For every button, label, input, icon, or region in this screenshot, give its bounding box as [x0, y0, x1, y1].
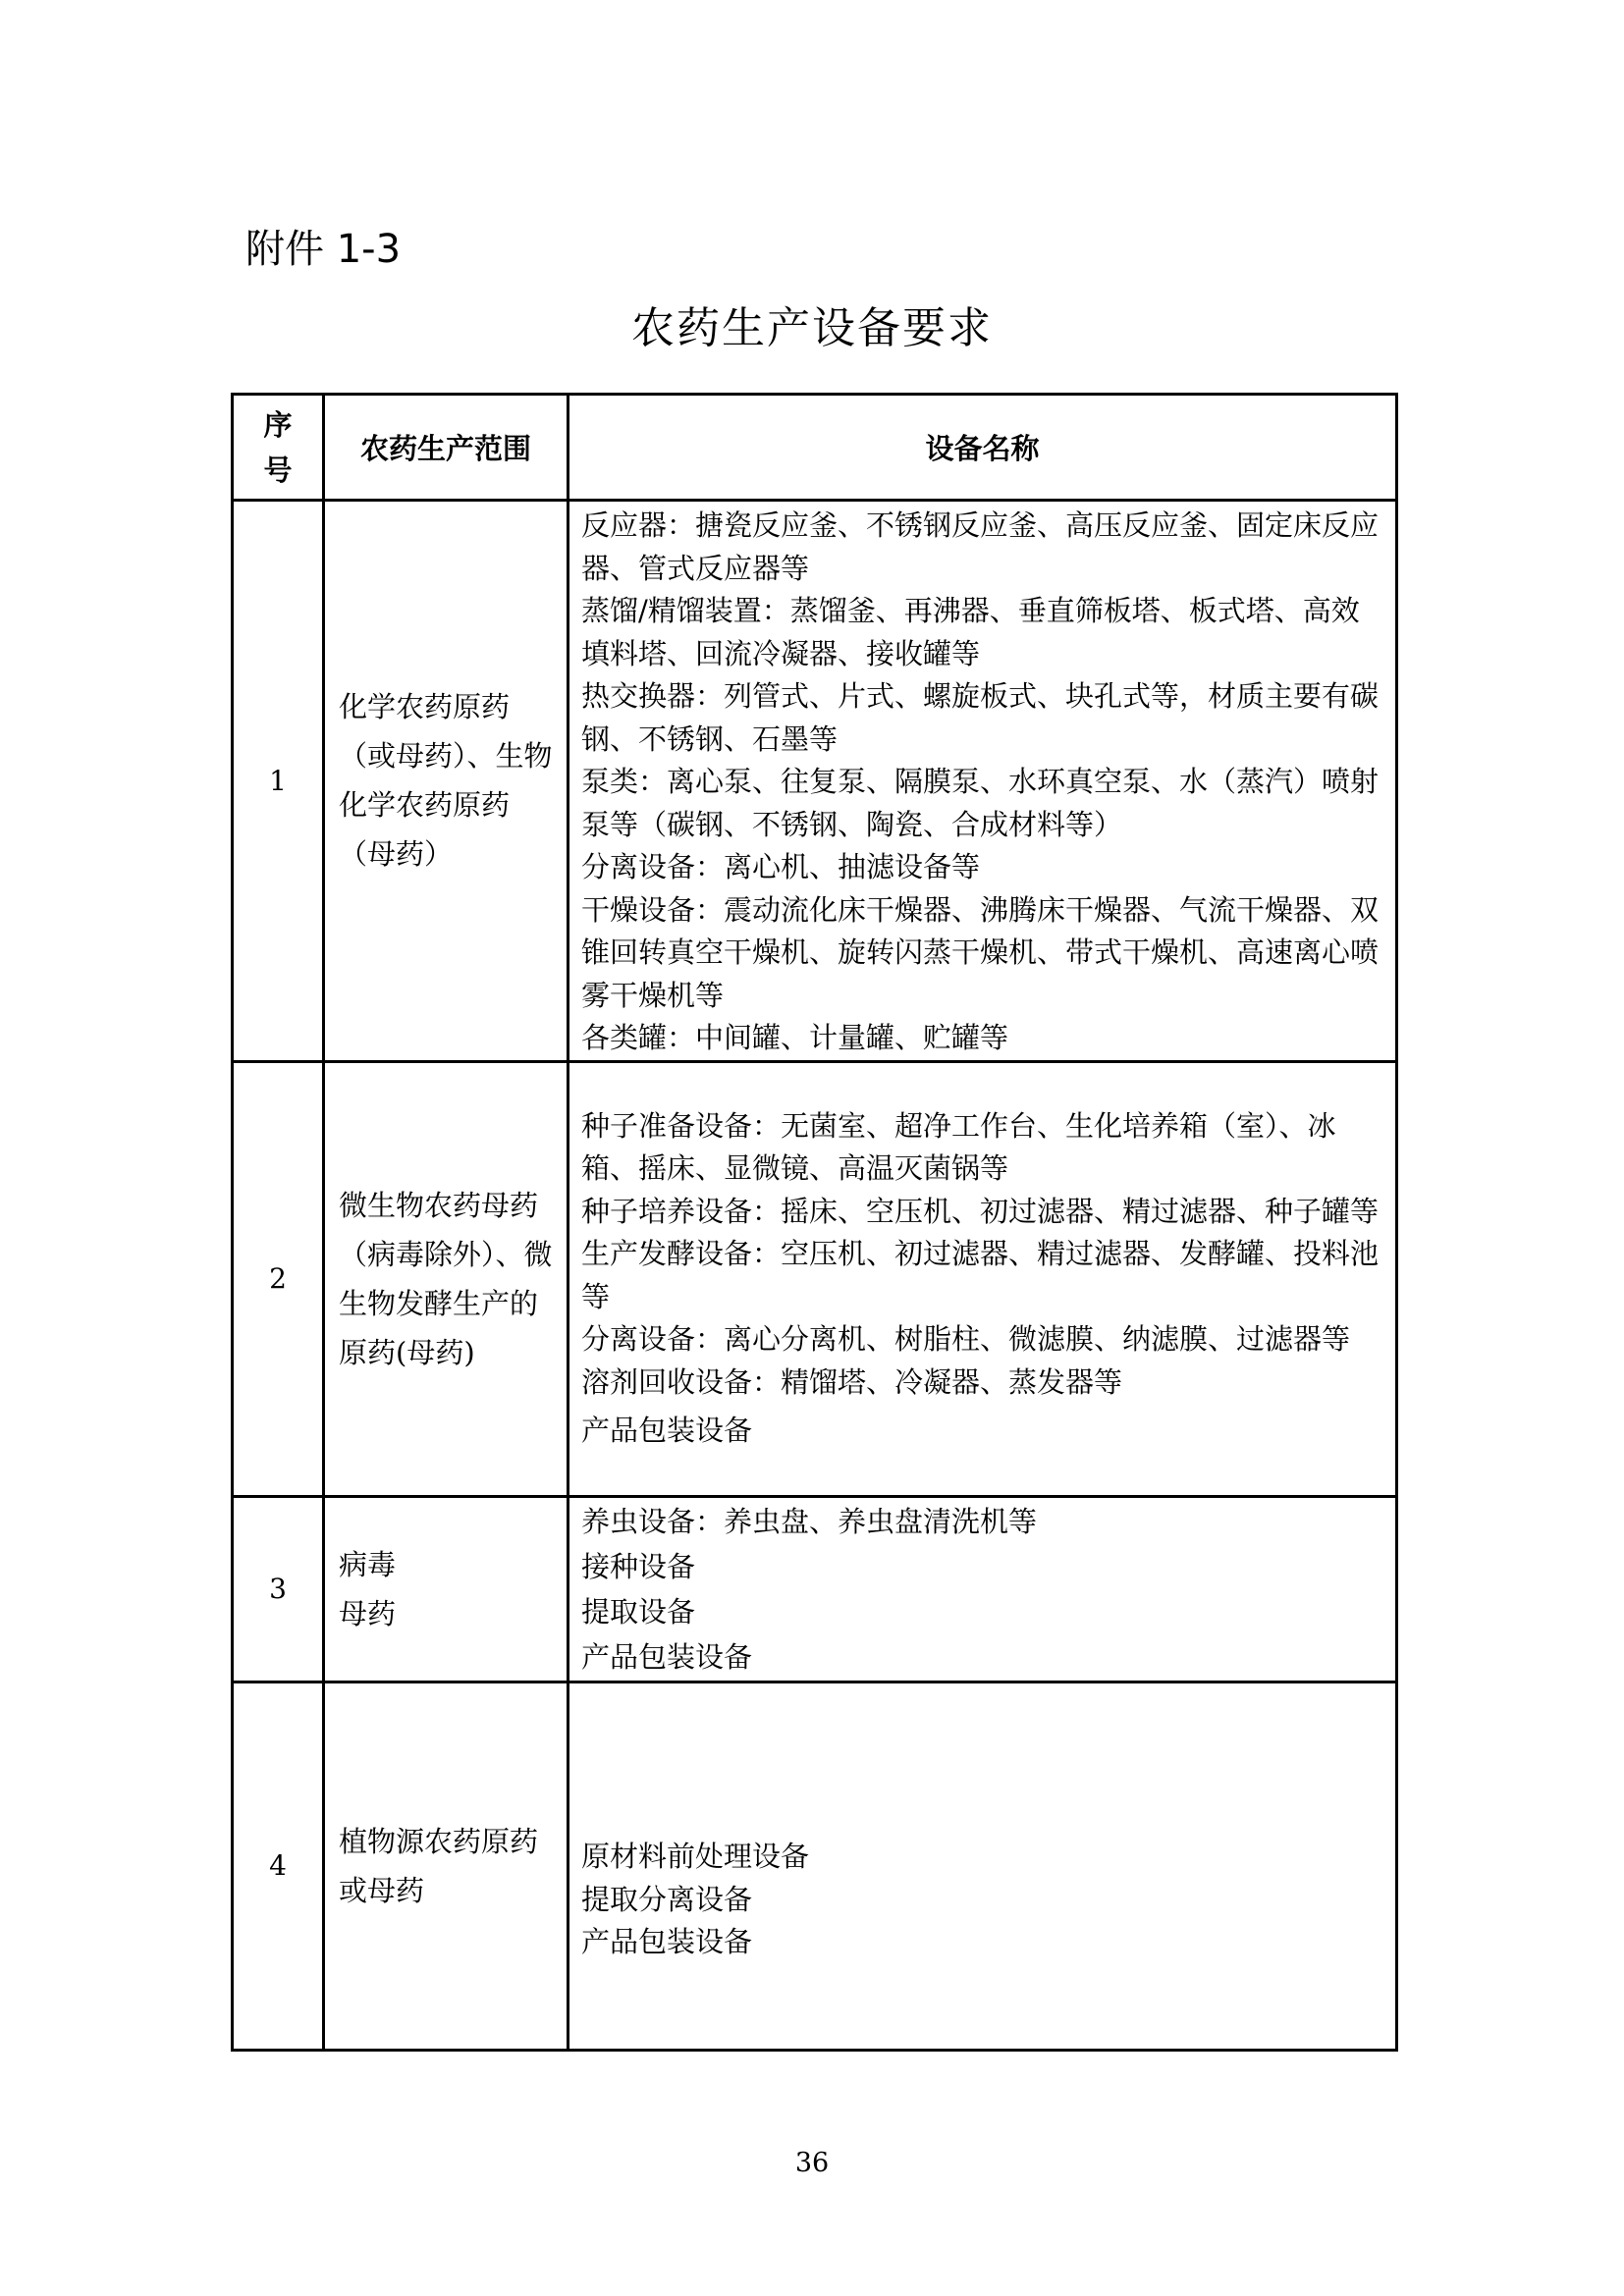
equipment-line: 溶剂回收设备：精馏塔、冷凝器、蒸发器等 [581, 1362, 1385, 1405]
table-row: 2 微生物农药母药（病毒除外）、微生物发酵生产的原药(母药) 种子准备设备：无菌… [233, 1061, 1397, 1496]
table-row: 1 化学农药原药（或母药）、生物化学农药原药（母药） 反应器：搪瓷反应釜、不锈钢… [233, 501, 1397, 1062]
equipment-line: 热交换器：列管式、片式、螺旋板式、块孔式等，材质主要有碳钢、不锈钢、石墨等 [581, 675, 1385, 761]
attachment-label: 附件 1-3 [245, 218, 401, 274]
scope-line: 病毒 [339, 1540, 553, 1589]
equipment-line: 接种设备 [581, 1544, 1385, 1589]
row-scope: 微生物农药母药（病毒除外）、微生物发酵生产的原药(母药) [324, 1061, 568, 1496]
equipment-line: 反应器：搪瓷反应釜、不锈钢反应釜、高压反应釜、固定床反应器、管式反应器等 [581, 505, 1385, 590]
equipment-line: 蒸馏/精馏装置：蒸馏釜、再沸器、垂直筛板塔、板式塔、高效填料塔、回流冷凝器、接收… [581, 590, 1385, 675]
row-seq: 4 [233, 1682, 324, 2050]
table-row: 3 病毒 母药 养虫设备：养虫盘、养虫盘清洗机等 接种设备 提取设备 产品包装设… [233, 1496, 1397, 1682]
page-title: 农药生产设备要求 [0, 293, 1624, 355]
row-scope: 植物源农药原药或母药 [324, 1682, 568, 2050]
equipment-line: 养虫设备：养虫盘、养虫盘清洗机等 [581, 1499, 1385, 1544]
row-seq: 3 [233, 1496, 324, 1682]
row-equipment: 养虫设备：养虫盘、养虫盘清洗机等 接种设备 提取设备 产品包装设备 [568, 1496, 1397, 1682]
table-header-row: 序号 农药生产范围 设备名称 [233, 395, 1397, 501]
scope-line: 母药 [339, 1589, 553, 1638]
row-seq: 2 [233, 1061, 324, 1496]
column-header-seq-text: 序号 [263, 402, 293, 493]
column-header-equipment: 设备名称 [568, 395, 1397, 501]
column-header-scope: 农药生产范围 [324, 395, 568, 501]
page-number: 36 [0, 2148, 1624, 2178]
equipment-line: 分离设备：离心分离机、树脂柱、微滤膜、纳滤膜、过滤器等 [581, 1318, 1385, 1362]
equipment-line: 原材料前处理设备 [581, 1836, 1385, 1879]
equipment-line: 提取分离设备 [581, 1879, 1385, 1922]
row-equipment: 反应器：搪瓷反应釜、不锈钢反应釜、高压反应釜、固定床反应器、管式反应器等 蒸馏/… [568, 501, 1397, 1062]
equipment-requirements-table: 序号 农药生产范围 设备名称 1 化学农药原药（或母药）、生物化学农药原药（母药… [231, 393, 1398, 2052]
equipment-line: 产品包装设备 [581, 1921, 1385, 1964]
row-scope: 病毒 母药 [324, 1496, 568, 1682]
equipment-line: 泵类：离心泵、往复泵、隔膜泵、水环真空泵、水（蒸汽）喷射泵等（碳钢、不锈钢、陶瓷… [581, 761, 1385, 846]
equipment-line: 提取设备 [581, 1589, 1385, 1634]
table-row: 4 植物源农药原药或母药 原材料前处理设备 提取分离设备 产品包装设备 [233, 1682, 1397, 2050]
equipment-line: 分离设备：离心机、抽滤设备等 [581, 846, 1385, 889]
equipment-line: 种子准备设备：无菌室、超净工作台、生化培养箱（室）、冰箱、摇床、显微镜、高温灭菌… [581, 1105, 1385, 1191]
equipment-line: 生产发酵设备：空压机、初过滤器、精过滤器、发酵罐、投料池等 [581, 1233, 1385, 1318]
equipment-line: 种子培养设备：摇床、空压机、初过滤器、精过滤器、种子罐等 [581, 1191, 1385, 1234]
row-seq: 1 [233, 501, 324, 1062]
column-header-seq: 序号 [233, 395, 324, 501]
equipment-line: 各类罐：中间罐、计量罐、贮罐等 [581, 1017, 1385, 1060]
row-scope: 化学农药原药（或母药）、生物化学农药原药（母药） [324, 501, 568, 1062]
row-equipment: 原材料前处理设备 提取分离设备 产品包装设备 [568, 1682, 1397, 2050]
equipment-line: 产品包装设备 [581, 1410, 1385, 1453]
equipment-line: 产品包装设备 [581, 1634, 1385, 1680]
row-equipment: 种子准备设备：无菌室、超净工作台、生化培养箱（室）、冰箱、摇床、显微镜、高温灭菌… [568, 1061, 1397, 1496]
equipment-line: 干燥设备：震动流化床干燥器、沸腾床干燥器、气流干燥器、双锥回转真空干燥机、旋转闪… [581, 889, 1385, 1018]
